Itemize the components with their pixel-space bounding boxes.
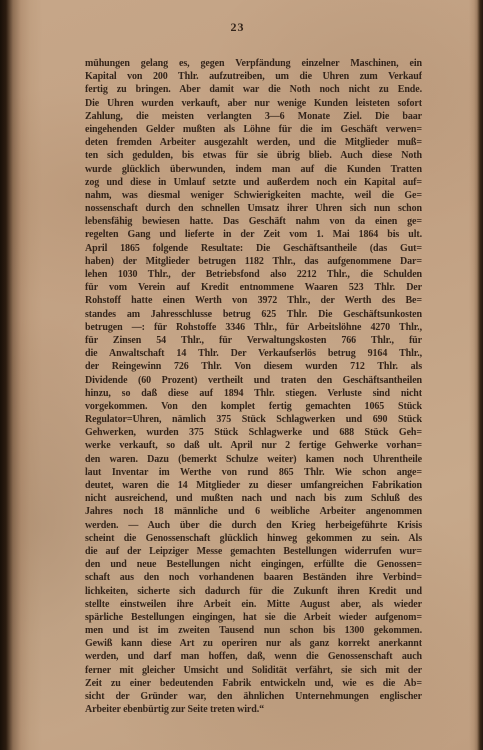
text-line: den waren. Dazu (bemerkt Schulze weiter)… bbox=[85, 453, 422, 466]
book-page: 23 mühungen gelang es, gegen Verpfändung… bbox=[0, 0, 483, 750]
text-line: für Zinsen 54 Thlr., für Verwaltungskost… bbox=[85, 334, 422, 347]
text-line: schaft aus den noch vorhandenen baaren B… bbox=[85, 571, 422, 584]
text-line: regelten Gang und lieferte in der Zeit v… bbox=[85, 228, 422, 241]
text-line: Die Uhren wurden verkauft, aber nur weni… bbox=[85, 97, 422, 110]
text-line: zog und diese in Umlauf setzte und außer… bbox=[85, 176, 422, 189]
text-line: eingehenden Gelder mußten als Löhne für … bbox=[85, 123, 422, 136]
text-line: ferner mit gleicher Umsicht und Soliditä… bbox=[85, 664, 422, 677]
page-number: 23 bbox=[85, 20, 390, 35]
text-line: sicht der Gründer war, den ähnlichen Unt… bbox=[85, 690, 422, 703]
text-line: Rohstoff hatte einen Werth von 3972 Thlr… bbox=[85, 294, 422, 307]
text-line: Gewiß kann diese Art zu operiren nur als… bbox=[85, 637, 422, 650]
text-line: Gehwerken, wurden 375 Stück Schlagwerke … bbox=[85, 426, 422, 439]
text-line: deten fremden Arbeiter ausgezahlt werden… bbox=[85, 136, 422, 149]
text-line: Dividende (60 Prozent) vertheilt und tra… bbox=[85, 374, 422, 387]
text-line: den und neue Bestellungen nicht einginge… bbox=[85, 558, 422, 571]
text-line: vorgekommen. Von den komplet fertig gema… bbox=[85, 400, 422, 413]
text-line: lebensfähig bewiesen hatte. Das Geschäft… bbox=[85, 215, 422, 228]
text-line: hinzu, so daß diese auf 1894 Thlr. stieg… bbox=[85, 387, 422, 400]
text-line: Kapital von 200 Thlr. aufzutreiben, um d… bbox=[85, 70, 422, 83]
text-line: scheint die Genossenschaft glücklich hin… bbox=[85, 532, 422, 545]
text-line: die Anwaltschaft 14 Thlr. Der Verkaufser… bbox=[85, 347, 422, 360]
text-line: wurde glücklich überwunden, indem man au… bbox=[85, 163, 422, 176]
text-line: die auf der Leipziger Messe gemachten Be… bbox=[85, 545, 422, 558]
text-line: spärliche Bestellungen eingingen, hat si… bbox=[85, 611, 422, 624]
text-line: mühungen gelang es, gegen Verpfändung ei… bbox=[85, 57, 422, 70]
text-line: April 1865 folgende Resultate: Die Gesch… bbox=[85, 242, 422, 255]
text-line: deutet, waren die 14 Mitglieder zu diese… bbox=[85, 479, 422, 492]
page-right-edge bbox=[469, 0, 483, 750]
text-line: werke verkauft, so daß ult. April nur 2 … bbox=[85, 439, 422, 452]
text-line: Arbeiter ebenbürtig zur Seite treten wir… bbox=[85, 703, 422, 716]
text-line: Regulator=Uhren, nämlich 375 Stück Schla… bbox=[85, 413, 422, 426]
text-line: fertig zu bringen. Aber damit war die No… bbox=[85, 83, 422, 96]
book-gutter-shadow bbox=[0, 0, 42, 750]
text-line: der Reingewinn 726 Thlr. Von diesem wurd… bbox=[85, 360, 422, 373]
body-text: mühungen gelang es, gegen Verpfändung ei… bbox=[85, 57, 422, 716]
text-line: Zeit zu einer bedeutenden Fabrik entwick… bbox=[85, 677, 422, 690]
text-line: nahm, was diesmal weniger Schwierigkeite… bbox=[85, 189, 422, 202]
text-line: werden, und darf man hoffen, daß, wenn d… bbox=[85, 650, 422, 663]
text-line: stellte einstweilen ihre Arbeit ein. Mit… bbox=[85, 598, 422, 611]
text-line: nossenschaft durch den schnellen Umsatz … bbox=[85, 202, 422, 215]
text-line: lehen 1030 Thlr., der Betriebsfond also … bbox=[85, 268, 422, 281]
text-line: ten sich gedulden, bis etwas für sie übr… bbox=[85, 149, 422, 162]
text-line: Zahlung, die meisten verlangten 3—6 Mona… bbox=[85, 110, 422, 123]
text-line: haben) der Mitglieder betrugen 1182 Thlr… bbox=[85, 255, 422, 268]
text-line: Jahres noch 18 männliche und 6 weibliche… bbox=[85, 505, 422, 518]
text-line: men und ist im zweiten Tausend nun schon… bbox=[85, 624, 422, 637]
text-line: standes am Jahresschlusse betrug 625 Thl… bbox=[85, 308, 422, 321]
text-line: nicht ausreichend, und mußten nach und n… bbox=[85, 492, 422, 505]
text-line: betrugen —: für Rohstoffe 3346 Thlr., fü… bbox=[85, 321, 422, 334]
text-line: werden. — Auch über die durch den Krieg … bbox=[85, 519, 422, 532]
text-line: lichkeiten, sicherte sich dadurch für di… bbox=[85, 585, 422, 598]
text-line: laut Inventar im Werthe von rund 865 Thl… bbox=[85, 466, 422, 479]
text-line: für vom Verein auf Kredit entnommene Waa… bbox=[85, 281, 422, 294]
